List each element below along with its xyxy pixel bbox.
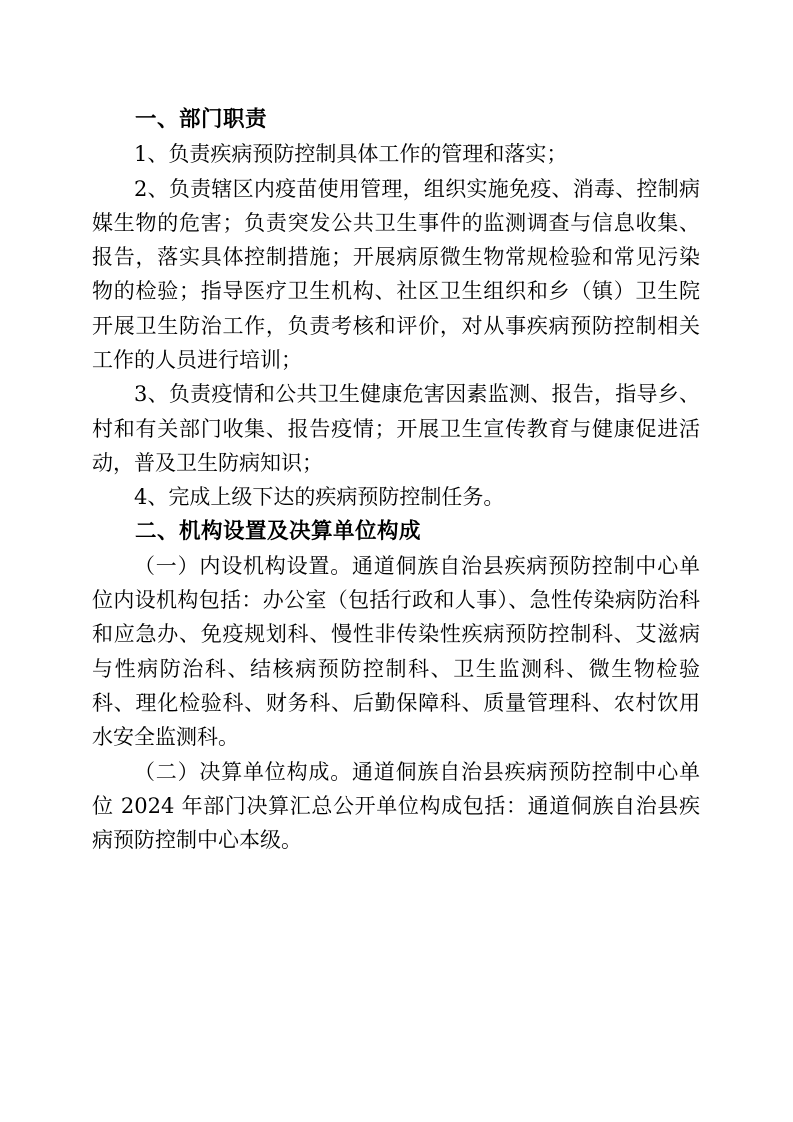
paragraph-final-accounts-units: （二）决算单位构成。通道侗族自治县疾病预防控制中心单位 2024 年部门决算汇总…	[92, 755, 700, 858]
paragraph-internal-org-setup: （一）内设机构设置。通道侗族自治县疾病预防控制中心单位内设机构包括：办公室（包括…	[92, 549, 700, 755]
document-page: 一、部门职责 1、负责疾病预防控制具体工作的管理和落实； 2、负责辖区内疫苗使用…	[0, 0, 793, 1122]
heading-department-duties: 一、部门职责	[92, 103, 700, 137]
paragraph-duty-1: 1、负责疾病预防控制具体工作的管理和落实；	[92, 137, 700, 171]
heading-org-structure-and-units: 二、机构设置及决算单位构成	[92, 515, 700, 549]
paragraph-duty-2: 2、负责辖区内疫苗使用管理，组织实施免疫、消毒、控制病媒生物的危害；负责突发公共…	[92, 172, 700, 378]
paragraph-duty-4: 4、完成上级下达的疾病预防控制任务。	[92, 480, 700, 514]
paragraph-duty-3: 3、负责疫情和公共卫生健康危害因素监测、报告，指导乡、村和有关部门收集、报告疫情…	[92, 377, 700, 480]
